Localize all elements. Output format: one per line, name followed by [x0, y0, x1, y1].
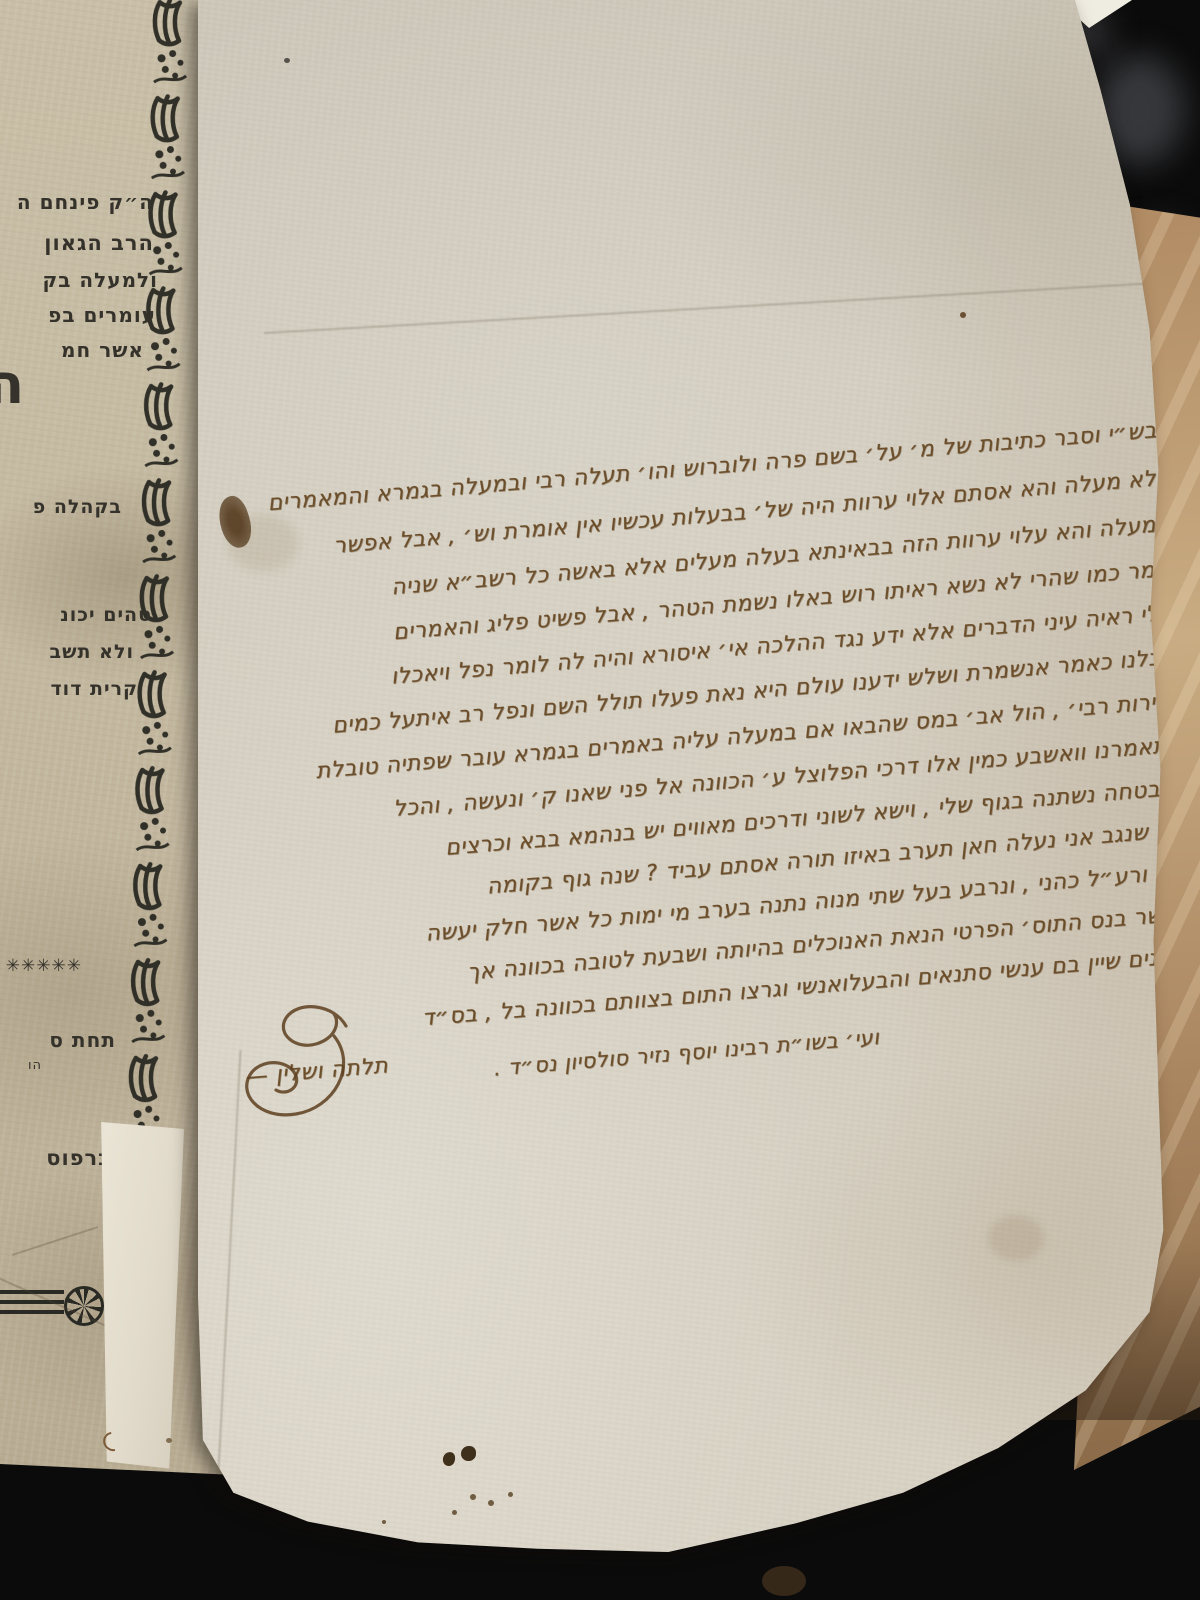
ink-speck [382, 1520, 386, 1524]
ornament-rosette [64, 1286, 104, 1326]
ink-speck [470, 1494, 476, 1500]
printed-text-fragment: עומרים בפ [48, 303, 156, 327]
printed-text-fragment: בקהלה פ [33, 496, 122, 518]
ornamental-border [121, 0, 194, 1175]
dark-object [762, 1566, 806, 1596]
stain [988, 1215, 1044, 1261]
printed-text-fragment: ולמעלה בק [43, 268, 158, 292]
ink-speck [488, 1500, 494, 1506]
paper-crease [12, 1226, 98, 1255]
ink-speck [452, 1510, 457, 1515]
manuscript-paper: בש״י וסבר כתיבות של מ׳ על׳ בשם פרה ולובר… [198, 0, 1180, 1600]
handwritten-line: ועי׳ בשו״ת רבינו יוסף נזיר סולסיון נס״ד … [493, 1025, 881, 1081]
printed-text-fragment: טהים יכונ [60, 604, 152, 626]
ink-speck [960, 312, 966, 318]
ink-dot [461, 1446, 476, 1461]
printed-text-fragment: קרית דוד [51, 678, 138, 700]
paper-crease [264, 281, 1173, 334]
printed-text-fragment: אשר חמ [61, 338, 144, 362]
photo-antique-hebrew-manuscript: { "colors":{ "background_cloth":"#0b0b0b… [0, 0, 1200, 1600]
printed-text-fragment: הו [28, 1058, 42, 1073]
manuscript-leaf: בש״י וסבר כתיבות של מ׳ על׳ בשם פרה ולובר… [198, 0, 1180, 1600]
printed-text-fragment: ה [0, 352, 25, 417]
printed-text-fragment: תחת ס [49, 1028, 116, 1052]
ink-speck [284, 58, 290, 63]
signature-flourish [238, 996, 358, 1126]
printed-text-fragment: ולא תשב [50, 641, 134, 663]
ink-speck [166, 1438, 172, 1443]
ink-dot [442, 1451, 456, 1467]
ink-speck [508, 1492, 513, 1497]
printed-text-fragment: ✳✳✳✳✳ [6, 956, 82, 976]
printed-text-fragment: ה״ק פינחם ה [17, 190, 154, 214]
printed-text-fragment: הרב הגאון [44, 231, 154, 255]
